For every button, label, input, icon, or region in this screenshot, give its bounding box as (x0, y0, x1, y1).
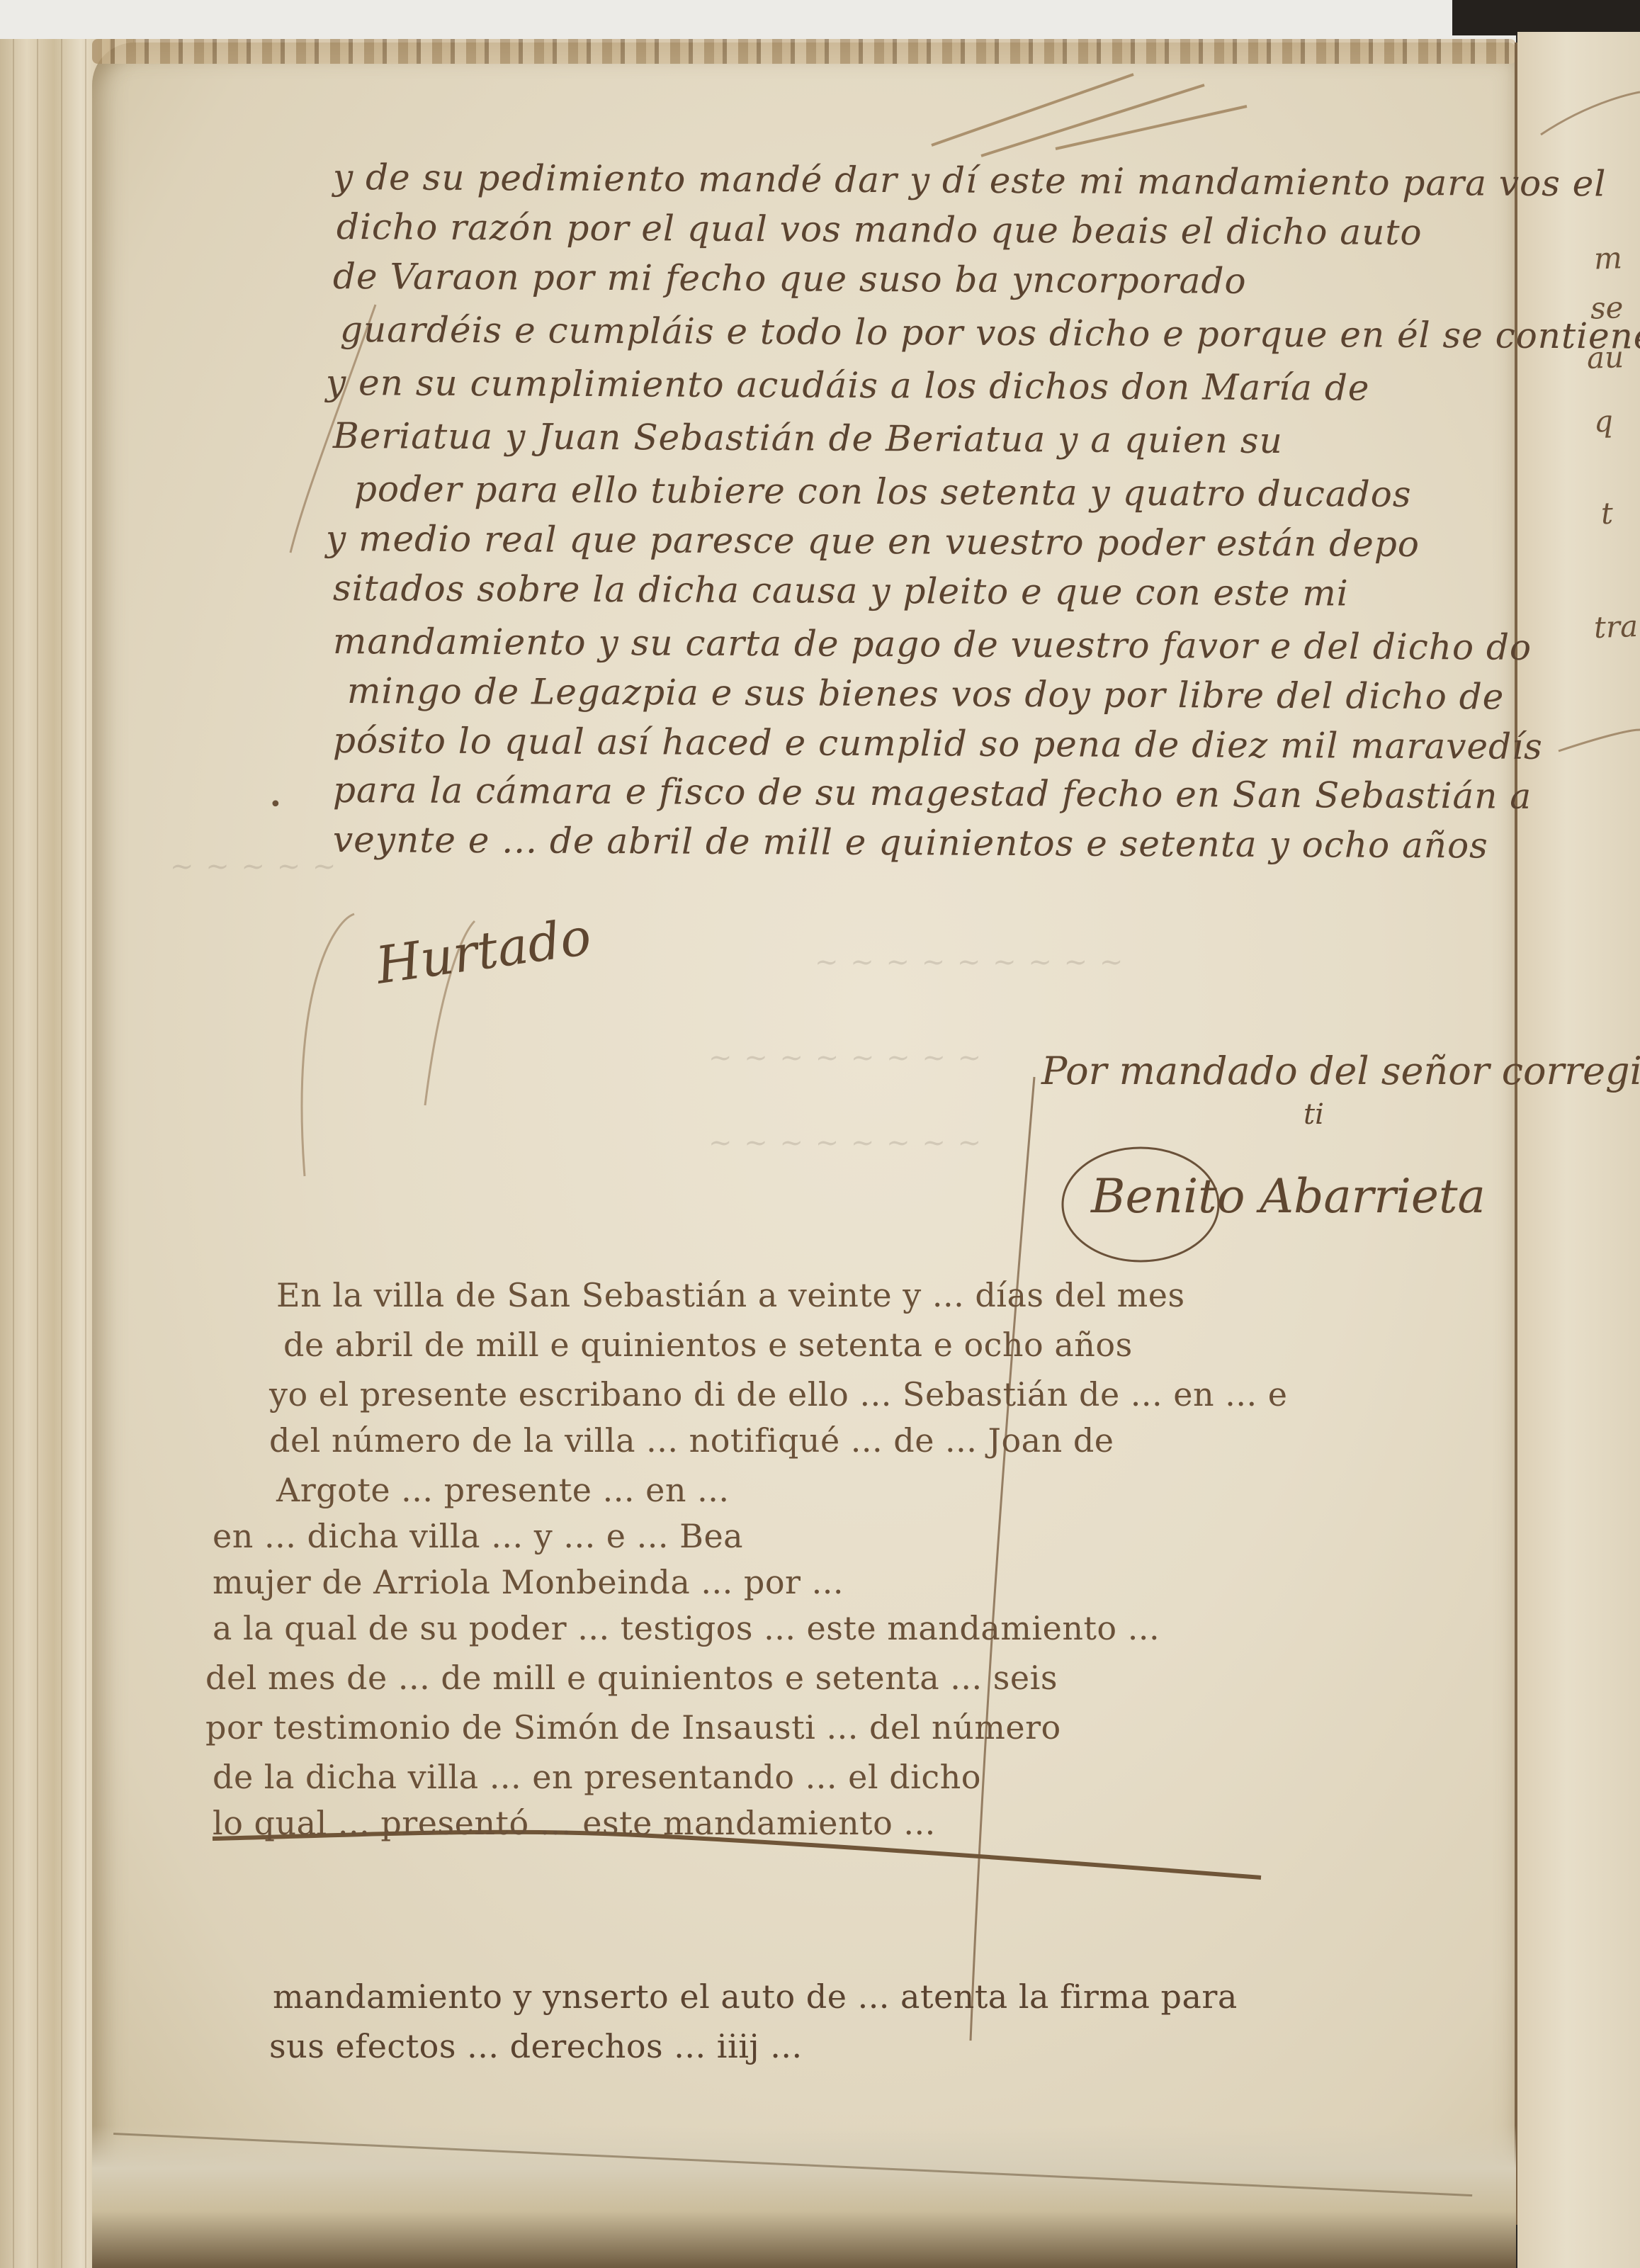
text-line: mingo de Legazpia e sus bienes vos doy p… (347, 670, 1505, 718)
text-line: veynte e ... de abril de mill e quinient… (333, 818, 1488, 867)
text-line: de Varaon por mi fecho que suso ba yncor… (333, 255, 1247, 303)
text-line: sitados sobre la dicha causa y pleito e … (333, 567, 1349, 615)
text-line: guardéis e cumpláis e todo lo por vos di… (340, 308, 1640, 358)
text-line: y en su cumplimiento acudáis a los dicho… (326, 361, 1370, 410)
notification-line: de abril de mill e quinientos e setenta … (283, 1325, 1133, 1365)
text-line: y de su pedimiento mandé dar y dí este m… (333, 156, 1607, 205)
notification-line: a la qual de su poder ... testigos ... e… (213, 1608, 1160, 1648)
postscript-line: mandamiento y ynserto el auto de ... ate… (273, 1977, 1238, 2016)
notification-line: en ... dicha villa ... y ... e ... Bea (213, 1516, 743, 1556)
adjacent-page-fragment: t (1600, 496, 1614, 531)
adjacent-page-fragment: q (1593, 404, 1614, 439)
manuscript-scan: ~ ~ ~ ~ ~ ~ ~ ~ ~ ~ ~ ~ ~ ~ ~ ~ ~ ~ ~ ~ … (0, 0, 1640, 2268)
notification-line: yo el presente escribano di de ello ... … (269, 1375, 1287, 1414)
text-line: para la cámara e fisco de su magestad fe… (333, 769, 1532, 818)
notification-line: mujer de Arriola Monbeinda ... por ... (213, 1562, 844, 1602)
notification-line: del número de la villa ... notifiqué ...… (269, 1421, 1114, 1460)
notary-attestation-suffix: ti (1303, 1098, 1324, 1131)
text-line: mandamiento y su carta de pago de vuestr… (333, 620, 1532, 669)
notification-line: En la villa de San Sebastián a veinte y … (276, 1275, 1185, 1315)
notification-line: del mes de ... de mill e quinientos e se… (205, 1658, 1058, 1698)
notification-line: lo qual ... presentó ... este mandamient… (213, 1803, 936, 1843)
text-line: y medio real que paresce que en vuestro … (326, 517, 1420, 565)
notary-signature: Benito Abarrieta (1091, 1169, 1486, 1224)
adjacent-page-fragment: au (1586, 339, 1624, 376)
notification-line: por testimonio de Simón de Insausti ... … (205, 1708, 1061, 1747)
adjacent-page-fragment: tra (1593, 609, 1639, 645)
text-line: pósito lo qual así haced e cumplid so pe… (333, 719, 1543, 768)
text-line: Beriatua y Juan Sebastián de Beriatua y … (333, 414, 1283, 462)
text-line: poder para ello tubiere con los setenta … (354, 468, 1412, 516)
notification-line: de la dicha villa ... en presentando ...… (213, 1757, 981, 1797)
text-line: dicho razón por el qual vos mando que be… (337, 205, 1423, 254)
notification-line: Argote ... presente ... en ... (276, 1470, 729, 1510)
postscript-line: sus efectos ... derechos ... iiij ... (269, 2026, 803, 2066)
adjacent-page-fragment: m (1593, 240, 1623, 276)
notary-attestation: Por mandado del señor corregidor (1041, 1049, 1640, 1093)
margin-bullet: • (268, 792, 282, 818)
adjacent-page-fragment: se (1590, 290, 1624, 326)
